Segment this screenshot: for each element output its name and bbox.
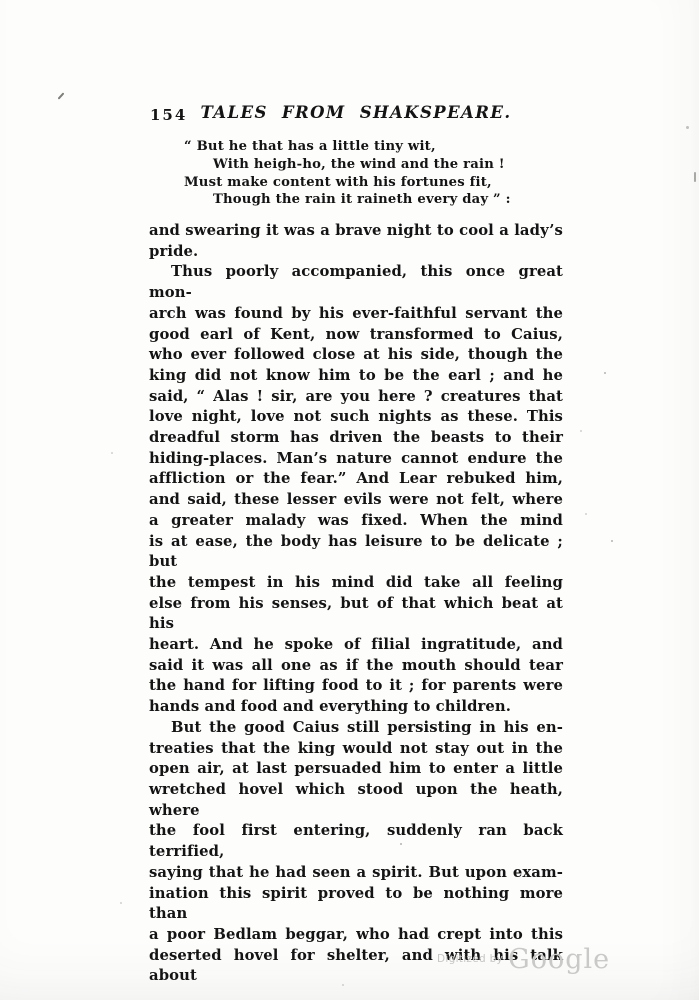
text-line: and said, these lesser evils were not fe… — [149, 490, 563, 511]
text-line: affliction or the fear.” And Lear rebuke… — [149, 469, 563, 490]
scan-speckle — [58, 92, 65, 99]
text-line: the tempest in his mind did take all fee… — [149, 573, 563, 594]
verse-line: “ But he that has a little tiny wit, — [184, 138, 511, 156]
text-line: arch was found by his ever-faithful serv… — [149, 304, 563, 325]
text-line: ination this spirit proved to be nothing… — [149, 884, 563, 925]
text-line: heart. And he spoke of filial ingratitud… — [149, 635, 563, 656]
scan-speckle — [694, 172, 696, 182]
text-line: the fool first entering, suddenly ran ba… — [149, 821, 563, 862]
text-line: Thus poorly accompanied, this once great… — [149, 262, 563, 303]
book-page: 154 TALES FROM SHAKSPEARE. “ But he that… — [0, 0, 699, 1000]
scan-speckle — [400, 843, 402, 845]
text-line: treaties that the king would not stay ou… — [149, 739, 563, 760]
text-line: and swearing it was a brave night to coo… — [149, 221, 563, 242]
scan-speckle — [120, 902, 122, 904]
text-line: king did not know him to be the earl ; a… — [149, 366, 563, 387]
verse-line: Must make content with his fortunes fit, — [184, 174, 511, 192]
scan-speckle — [428, 936, 430, 938]
verse-line: With heigh-ho, the wind and the rain ! — [213, 156, 511, 174]
text-line: But the good Caius still persisting in h… — [149, 718, 563, 739]
digitized-by-google-watermark: Digitized by Google — [437, 944, 610, 975]
text-line: the hand for lifting food to it ; for pa… — [149, 676, 563, 697]
running-head: 154 TALES FROM SHAKSPEARE. — [149, 103, 563, 127]
scan-speckle — [611, 540, 613, 542]
scan-speckle — [585, 513, 587, 515]
text-line: said it was all one as if the mouth shou… — [149, 656, 563, 677]
scan-speckle — [604, 372, 606, 374]
text-line: who ever followed close at his side, tho… — [149, 345, 563, 366]
scan-speckle — [686, 126, 689, 129]
text-line: is at ease, the body has leisure to be d… — [149, 532, 563, 573]
body-text: and swearing it was a brave night to coo… — [149, 221, 563, 987]
text-line: a poor Bedlam beggar, who had crept into… — [149, 925, 563, 946]
running-title: TALES FROM SHAKSPEARE. — [149, 103, 563, 122]
text-line: open air, at last persuaded him to enter… — [149, 759, 563, 780]
text-line: else from his senses, but of that which … — [149, 594, 563, 635]
text-line: hiding-places. Man’s nature cannot endur… — [149, 449, 563, 470]
google-logo: Google — [508, 944, 610, 975]
verse-quote: “ But he that has a little tiny wit,With… — [184, 138, 511, 209]
text-line: said, “ Alas ! sir, are you here ? creat… — [149, 387, 563, 408]
text-line: dreadful storm has driven the beasts to … — [149, 428, 563, 449]
text-line: pride. — [149, 242, 563, 263]
text-line: hands and food and everything to childre… — [149, 697, 563, 718]
text-line: good earl of Kent, now transformed to Ca… — [149, 325, 563, 346]
text-line: wretched hovel which stood upon the heat… — [149, 780, 563, 821]
watermark-prefix: Digitized by — [437, 953, 503, 965]
scan-speckle — [580, 430, 582, 432]
text-line: a greater malady was fixed. When the min… — [149, 511, 563, 532]
text-line: saying that he had seen a spirit. But up… — [149, 863, 563, 884]
scan-speckle — [342, 984, 344, 986]
text-line: love night, love not such nights as thes… — [149, 407, 563, 428]
verse-line: Though the rain it raineth every day ” : — [213, 191, 511, 209]
scan-speckle — [111, 452, 113, 454]
page-number: 154 — [150, 106, 187, 124]
